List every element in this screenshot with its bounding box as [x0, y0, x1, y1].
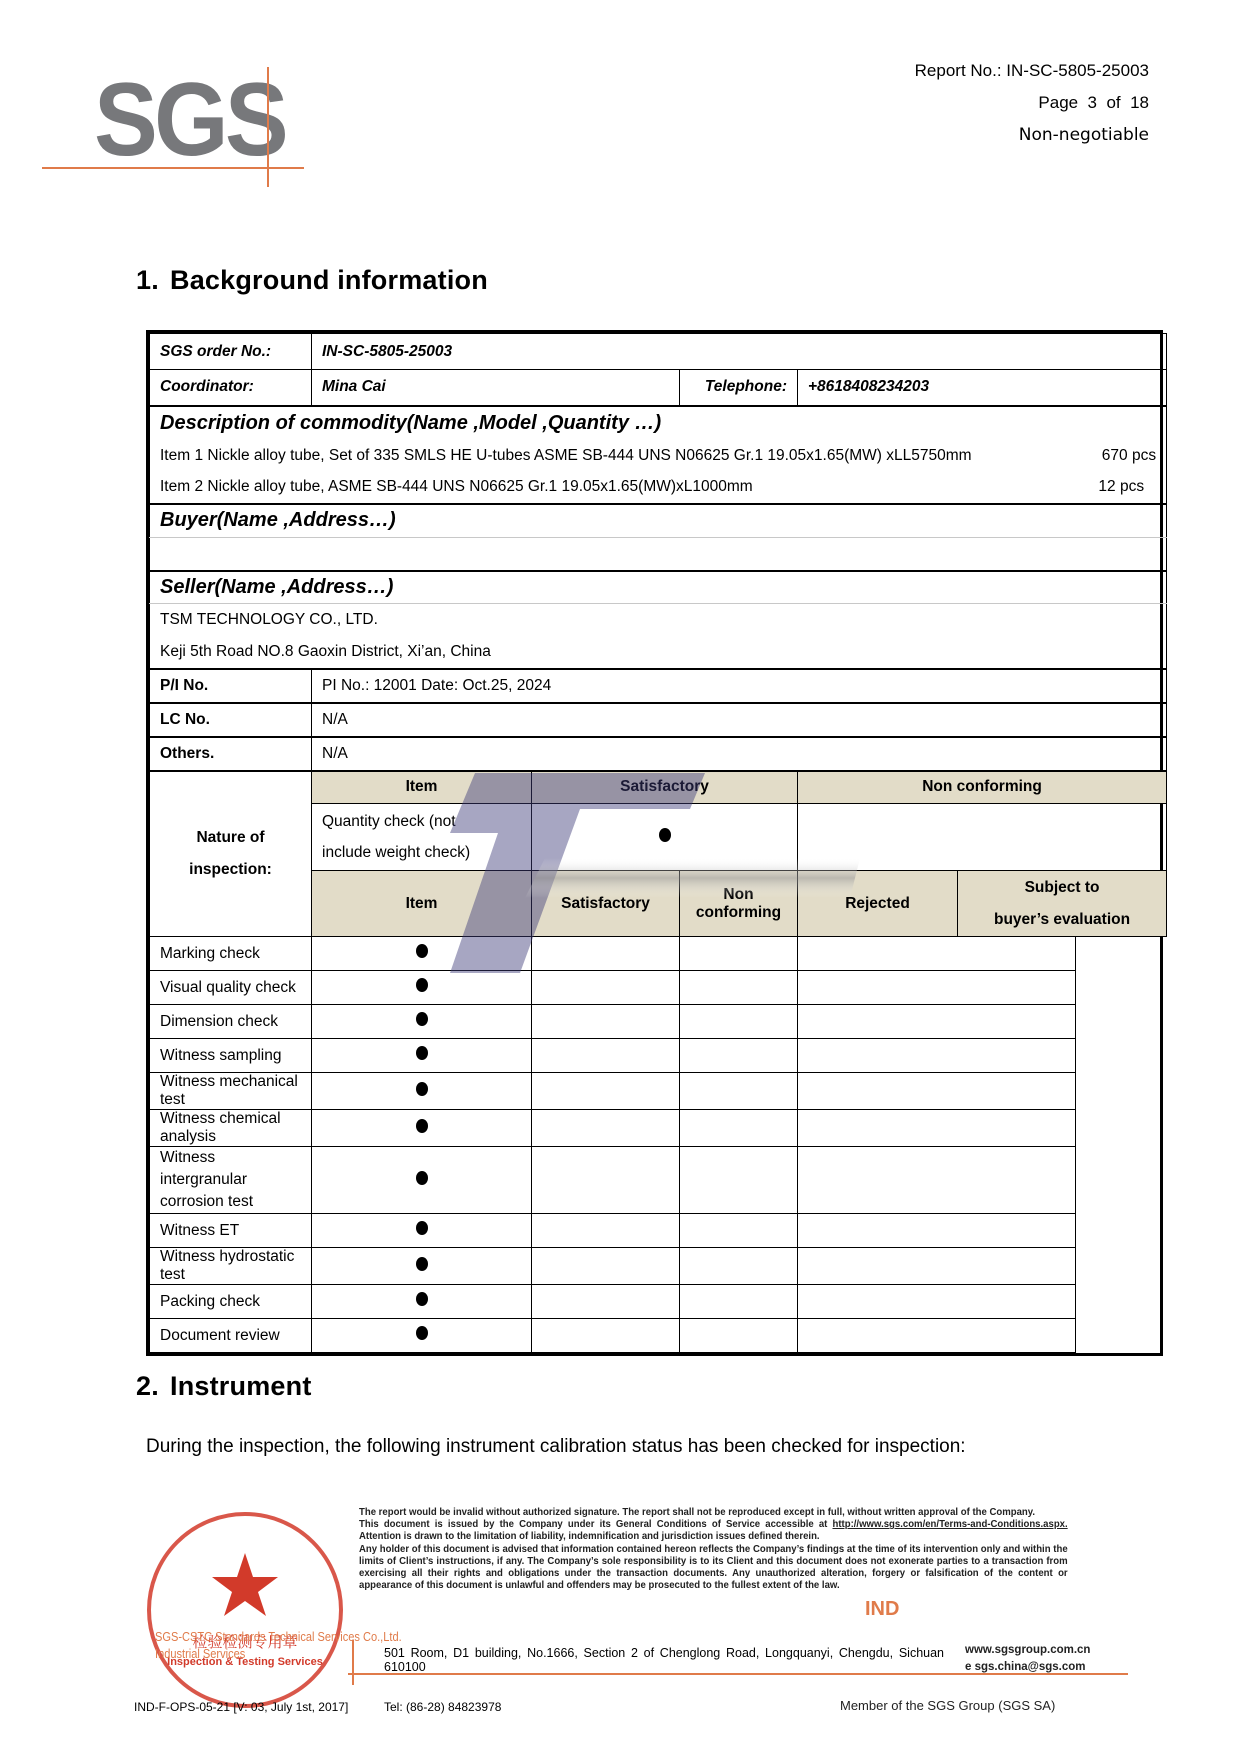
inspection-row: Witness sampling [150, 1039, 1167, 1073]
inspection-item: Witness intergranular corrosion test [150, 1147, 312, 1214]
inspection-item: Witness hydrostatic test [150, 1248, 312, 1285]
check-dot-icon [416, 1221, 428, 1235]
inspection-label-line1: Nature of [160, 822, 301, 854]
inspection-rejected [680, 1147, 798, 1214]
inspection-item: Witness mechanical test [150, 1073, 312, 1110]
inspection-row: Witness mechanical test [150, 1073, 1167, 1110]
inspection-satisfactory [312, 1147, 532, 1214]
inspection-non-conforming [532, 1319, 680, 1353]
inspection-row: Document review [150, 1319, 1167, 1353]
footer-vertical-rule [352, 1640, 354, 1685]
inspection-subject-to-buyer [798, 1039, 1076, 1073]
commodity-heading: Description of commodity(Name ,Model ,Qu… [150, 406, 1167, 440]
contact-web: www.sgsgroup.com.cn e sgs.china@sgs.com [965, 1642, 1090, 1676]
sgs-logo: SGS [42, 62, 304, 192]
check-dot-icon [416, 1119, 428, 1133]
inspection-row: Witness ET [150, 1214, 1167, 1248]
seller-heading: Seller(Name ,Address…) [150, 571, 1167, 604]
inspection-label-line2: inspection: [160, 854, 301, 886]
check-dot-icon [416, 1082, 428, 1096]
disclaimer-paragraph-1: The report would be invalid without auth… [359, 1507, 1068, 1519]
inspection-item: Dimension check [150, 1005, 312, 1039]
inspection-satisfactory [312, 1110, 532, 1147]
commodity-item-2-quantity: 12 pcs [1098, 478, 1156, 496]
inspection-rejected [680, 1039, 798, 1073]
inspection-non-conforming [532, 1073, 680, 1110]
inspection-subject-to-buyer [798, 1073, 1076, 1110]
telephone-label: Telephone: [680, 370, 798, 406]
website-link[interactable]: www.sgsgroup.com.cn [965, 1642, 1090, 1659]
telephone-value: +8618408234203 [798, 370, 1167, 406]
section-1-number: 1. [136, 265, 170, 296]
others-value: N/A [312, 737, 1167, 771]
inspection-item: Packing check [150, 1285, 312, 1319]
company-name: SGS-CSTC Standards Technical Services Co… [155, 1628, 402, 1662]
commodity-item-1-description: Item 1 Nickle alloy tube, Set of 335 SML… [160, 447, 972, 465]
inspection-satisfactory [312, 971, 532, 1005]
pi-row: P/I No. PI No.: 12001 Date: Oct.25, 2024 [150, 669, 1167, 703]
inspection-satisfactory [312, 1039, 532, 1073]
page-number: Page 3 of 18 [915, 87, 1149, 119]
disclaimer-p2-end: Attention is drawn to the limitation of … [359, 1531, 820, 1542]
inspection-rejected [680, 971, 798, 1005]
inspection-row: Witness intergranular corrosion test [150, 1147, 1167, 1214]
seller-address: Keji 5th Road NO.8 Gaoxin District, Xi’a… [150, 636, 1167, 669]
lc-label: LC No. [150, 703, 312, 737]
coordinator-label: Coordinator: [150, 370, 312, 406]
inspection-row: Packing check [150, 1285, 1167, 1319]
inspection-satisfactory [312, 1285, 532, 1319]
order-row: SGS order No.: IN-SC-5805-25003 [150, 334, 1167, 370]
coordinator-row: Coordinator: Mina Cai Telephone: +861840… [150, 370, 1167, 406]
inspection-satisfactory [312, 1005, 532, 1039]
header-subject-to-buyer: Subject to buyer’s evaluation [958, 871, 1167, 937]
inspection-subject-to-buyer [798, 1248, 1076, 1285]
section-1-heading: 1.Background information [136, 265, 488, 296]
email-link[interactable]: e sgs.china@sgs.com [965, 1659, 1090, 1676]
inspection-non-conforming [532, 1039, 680, 1073]
inspection-non-conforming [532, 1147, 680, 1214]
negotiability-status: Non-negotiable [915, 119, 1149, 151]
inspection-satisfactory [312, 1214, 532, 1248]
header-subject-line2: buyer’s evaluation [968, 904, 1156, 936]
others-label: Others. [150, 737, 312, 771]
section-2-number: 2. [136, 1371, 170, 1402]
inspection-rejected [680, 1073, 798, 1110]
inspection-satisfactory [312, 1319, 532, 1353]
company-seal-icon: 检验检测专用章 Inspection & Testing Services [140, 1505, 350, 1715]
company-name-line1: SGS-CSTC Standards Technical Services Co… [155, 1628, 402, 1645]
commodity-item-2-description: Item 2 Nickle alloy tube, ASME SB-444 UN… [160, 478, 753, 496]
seller-name: TSM TECHNOLOGY CO., LTD. [150, 604, 1167, 636]
tsm-watermark [380, 773, 880, 973]
check-dot-icon [416, 1171, 428, 1185]
section-2-intro: During the inspection, the following ins… [146, 1436, 966, 1458]
inspection-satisfactory [312, 1073, 532, 1110]
buyer-heading: Buyer(Name ,Address…) [150, 504, 1167, 538]
inspection-rejected [680, 1214, 798, 1248]
inspection-item: Witness chemical analysis [150, 1110, 312, 1147]
commodity-item-1-quantity: 670 pcs [1102, 447, 1156, 465]
terms-link[interactable]: http://www.sgs.com/en/Terms-and-Conditio… [832, 1519, 1067, 1530]
inspection-label: Nature of inspection: [150, 771, 312, 937]
lc-value: N/A [312, 703, 1167, 737]
inspection-non-conforming [532, 1285, 680, 1319]
inspection-row: Visual quality check [150, 971, 1167, 1005]
pi-value: PI No.: 12001 Date: Oct.25, 2024 [312, 669, 1167, 703]
inspection-non-conforming [532, 1248, 680, 1285]
header-subject-line1: Subject to [968, 872, 1156, 904]
inspection-rejected [680, 1005, 798, 1039]
legal-disclaimer: The report would be invalid without auth… [359, 1507, 1068, 1592]
inspection-satisfactory [312, 1248, 532, 1285]
sgs-membership: Member of the SGS Group (SGS SA) [840, 1698, 1055, 1713]
order-value: IN-SC-5805-25003 [312, 334, 1167, 370]
inspection-item: Witness ET [150, 1214, 312, 1248]
sgs-logo-text: SGS [94, 68, 285, 172]
check-dot-icon [416, 1257, 428, 1271]
company-name-line2: Industrial Services [155, 1645, 402, 1662]
inspection-row: Dimension check [150, 1005, 1167, 1039]
section-2-title: Instrument [170, 1371, 312, 1401]
inspection-item: Visual quality check [150, 971, 312, 1005]
check-dot-icon [416, 1292, 428, 1306]
inspection-rejected [680, 1285, 798, 1319]
form-number: IND-F-OPS-05-21 [V: 03, July 1st, 2017] [134, 1700, 348, 1714]
inspection-non-conforming [532, 1214, 680, 1248]
logo-vertical-rule [267, 67, 269, 187]
inspection-subject-to-buyer [798, 1285, 1076, 1319]
section-2-heading: 2.Instrument [136, 1371, 312, 1402]
disclaimer-paragraph-3: Any holder of this document is advised t… [359, 1544, 1068, 1593]
inspection-subject-to-buyer [798, 1005, 1076, 1039]
company-address: 501 Room, D1 building, No.1666, Section … [384, 1646, 944, 1674]
inspection-subject-to-buyer [798, 1214, 1076, 1248]
report-header: Report No.: IN-SC-5805-25003 Page 3 of 1… [915, 55, 1149, 151]
inspection-item: Witness sampling [150, 1039, 312, 1073]
inspection-subject-to-buyer [798, 1110, 1076, 1147]
report-number: Report No.: IN-SC-5805-25003 [915, 55, 1149, 87]
commodity-item-row: Item 1 Nickle alloy tube, Set of 335 SML… [150, 440, 1167, 472]
inspection-item: Document review [150, 1319, 312, 1353]
inspection-item: Marking check [150, 937, 312, 971]
pi-label: P/I No. [150, 669, 312, 703]
check-dot-icon [416, 1326, 428, 1340]
section-1-title: Background information [170, 265, 488, 295]
disclaimer-p2-start: This document is issued by the Company u… [359, 1519, 832, 1530]
inspection-non-conforming [532, 1005, 680, 1039]
inspection-rejected [680, 1110, 798, 1147]
inspection-subject-to-buyer [798, 1319, 1076, 1353]
coordinator-value: Mina Cai [312, 370, 680, 406]
check-dot-icon [416, 978, 428, 992]
inspection-subject-to-buyer [798, 971, 1076, 1005]
lc-row: LC No. N/A [150, 703, 1167, 737]
check-dot-icon [416, 1012, 428, 1026]
division-label: IND [865, 1598, 899, 1621]
inspection-row: Witness hydrostatic test [150, 1248, 1167, 1285]
commodity-item-row: Item 2 Nickle alloy tube, ASME SB-444 UN… [150, 472, 1167, 504]
inspection-rejected [680, 1319, 798, 1353]
logo-horizontal-rule [42, 167, 304, 169]
inspection-rejected [680, 1248, 798, 1285]
others-row: Others. N/A [150, 737, 1167, 771]
buyer-value [150, 538, 1167, 571]
check-dot-icon [416, 1046, 428, 1060]
inspection-row: Witness chemical analysis [150, 1110, 1167, 1147]
inspection-non-conforming [532, 1110, 680, 1147]
order-label: SGS order No.: [150, 334, 312, 370]
disclaimer-paragraph-2: This document is issued by the Company u… [359, 1519, 1068, 1543]
inspection-non-conforming [532, 971, 680, 1005]
inspection-subject-to-buyer [798, 1147, 1076, 1214]
footer-telephone: Tel: (86-28) 84823978 [384, 1700, 501, 1714]
